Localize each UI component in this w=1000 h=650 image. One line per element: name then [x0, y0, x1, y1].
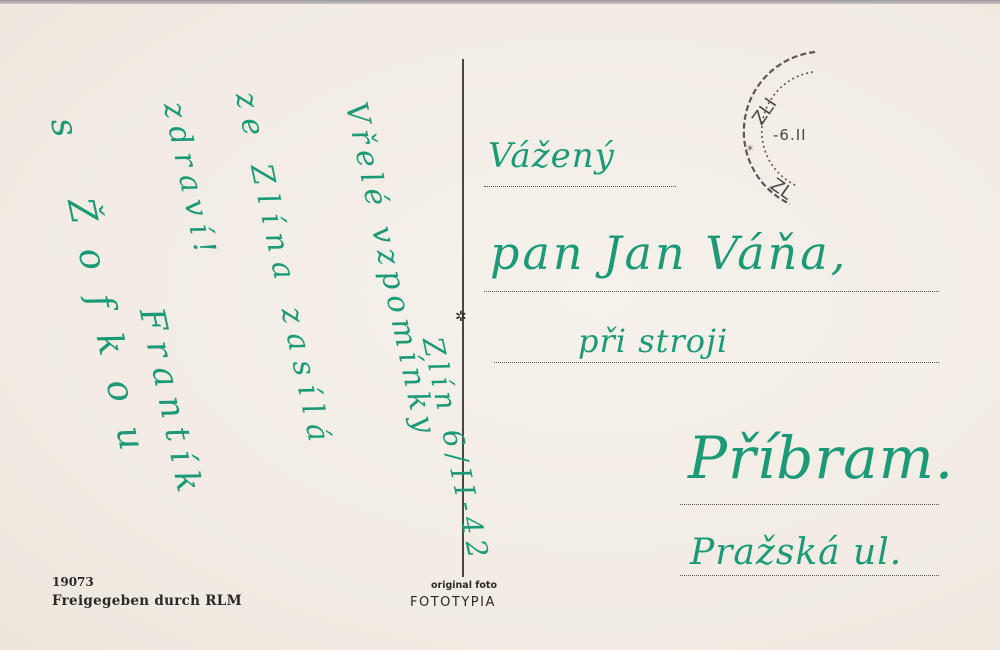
address-line-2 [484, 291, 939, 292]
address-line-1 [484, 186, 676, 187]
message-line-2: ze Zlína zasílá [228, 89, 338, 454]
address-line-workplace: při stroji [578, 322, 728, 360]
postmark-town-top: ZLI [748, 94, 781, 129]
postmark-stamp: ZLI ZL * -6.II [735, 44, 895, 214]
message-line-3: zdraví! [156, 99, 224, 265]
message-place-date: Zlín 6/II-42 [416, 334, 496, 567]
catalog-number: 19073 [52, 575, 94, 589]
photo-credit-small: original foto [431, 580, 497, 591]
address-salutation: Vážený [488, 136, 615, 176]
postmark-date: -6.II [773, 126, 807, 144]
address-line-3 [494, 362, 939, 363]
postmark-town-bottom: ZL [766, 174, 796, 204]
address-line-5 [680, 575, 939, 576]
photo-credit-brand: FOTOTYPIA [410, 595, 496, 610]
message-line-5: s Žofkou [42, 114, 158, 479]
address-line-4 [680, 504, 939, 505]
address-name: pan Jan Váňa, [490, 226, 848, 280]
postcard-back: ✲ ZLI ZL * -6.II Vážený pan Jan Váňa, př… [0, 4, 1000, 650]
address-street: Pražská ul. [690, 532, 902, 573]
svg-text:*: * [747, 143, 753, 157]
star-ornament-icon: ✲ [455, 310, 467, 324]
postmark-ring-icon: ZLI ZL * [735, 44, 895, 214]
address-city: Příbram. [688, 424, 954, 492]
approval-text: Freigegeben durch RLM [52, 593, 242, 609]
